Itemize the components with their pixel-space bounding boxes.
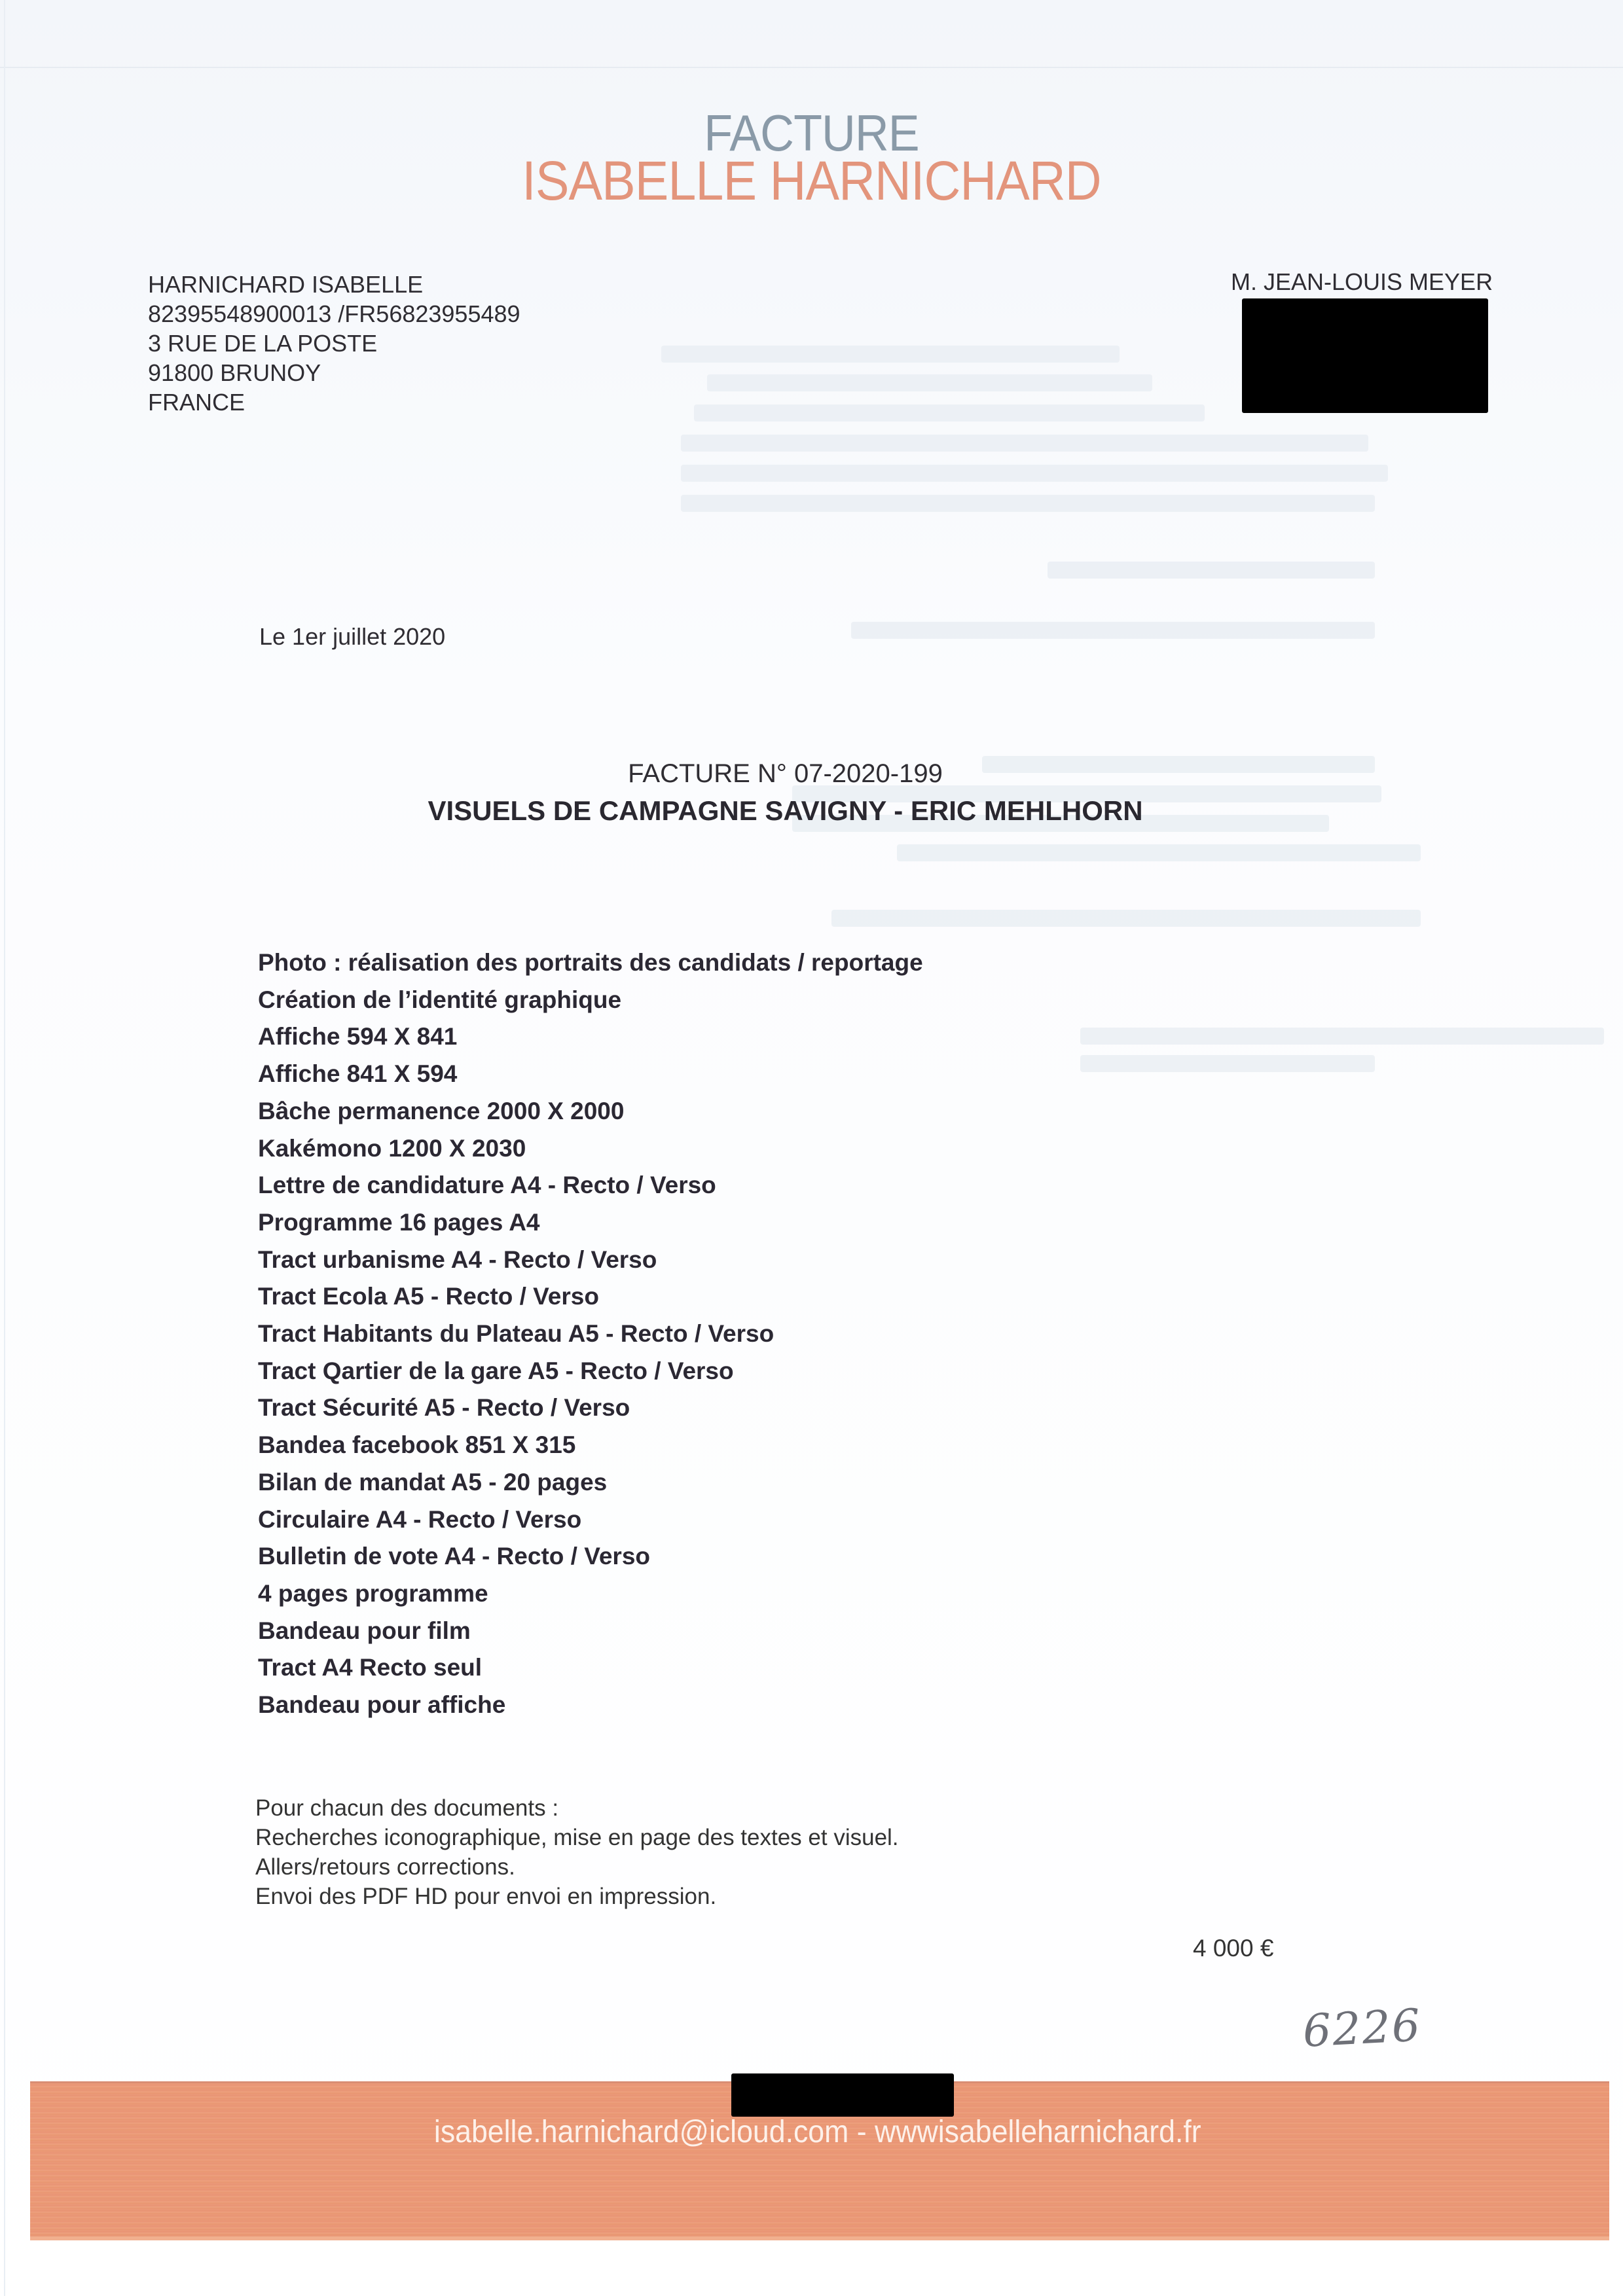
list-item: Bilan de mandat A5 - 20 pages — [258, 1464, 923, 1501]
list-item: Bandeau pour affiche — [258, 1687, 923, 1724]
list-item: Bandea facebook 851 X 315 — [258, 1427, 923, 1464]
redacted-recipient-address — [1242, 298, 1488, 413]
list-item: Tract A4 Recto seul — [258, 1649, 923, 1687]
recipient-name: M. JEAN-LOUIS MEYER — [1231, 268, 1493, 296]
list-item: Lettre de candidature A4 - Recto / Verso — [258, 1167, 923, 1204]
invoice-number-text: FACTURE N° 07-2020-199 — [628, 759, 943, 788]
list-item: Kakémono 1200 X 2030 — [258, 1130, 923, 1168]
sender-siret-vat: 82395548900013 /FR56823955489 — [148, 299, 520, 329]
list-item: Tract Habitants du Plateau A5 - Recto / … — [258, 1316, 923, 1353]
list-item: Tract urbanisme A4 - Recto / Verso — [258, 1242, 923, 1279]
list-item: Affiche 594 X 841 — [258, 1018, 923, 1056]
notes-line: Envoi des PDF HD pour envoi en impressio… — [255, 1882, 899, 1911]
list-item: Bulletin de vote A4 - Recto / Verso — [258, 1538, 923, 1575]
notes-intro: Pour chacun des documents : — [255, 1793, 899, 1823]
invoice-total: 4 000 € — [1193, 1935, 1273, 1962]
issuer-name-title: ISABELLE HARNICHARD — [65, 149, 1558, 213]
sender-name: HARNICHARD ISABELLE — [148, 270, 520, 299]
sender-address-block: HARNICHARD ISABELLE 82395548900013 /FR56… — [148, 270, 520, 417]
list-item: 4 pages programme — [258, 1575, 923, 1613]
scan-fold-line — [0, 67, 1623, 68]
list-item: Bandeau pour film — [258, 1613, 923, 1650]
sender-city: 91800 BRUNOY — [148, 358, 520, 387]
invoice-subject-text: VISUELS DE CAMPAGNE SAVIGNY - ERIC MEHLH… — [428, 795, 1142, 826]
invoice-page: FACTURE ISABELLE HARNICHARD HARNICHARD I… — [0, 0, 1623, 2296]
list-item: Circulaire A4 - Recto / Verso — [258, 1501, 923, 1539]
list-item: Bâche permanence 2000 X 2000 — [258, 1093, 923, 1130]
invoice-number: FACTURE N° 07-2020-199 — [0, 759, 1623, 789]
sender-country: FRANCE — [148, 387, 520, 417]
notes-line: Allers/retours corrections. — [255, 1852, 899, 1882]
notes-line: Recherches iconographique, mise en page … — [255, 1823, 899, 1852]
redacted-footer-info — [731, 2073, 954, 2117]
scan-edge-line — [4, 0, 5, 2296]
list-item: Photo : réalisation des portraits des ca… — [258, 944, 923, 982]
service-notes: Pour chacun des documents : Recherches i… — [255, 1793, 899, 1911]
list-item: Tract Ecola A5 - Recto / Verso — [258, 1278, 923, 1316]
footer-contact: isabelle.harnichard@icloud.com - wwwisab… — [57, 2114, 1566, 2150]
list-item: Programme 16 pages A4 — [258, 1204, 923, 1242]
list-item: Création de l’identité graphique — [258, 982, 923, 1019]
sender-street: 3 RUE DE LA POSTE — [148, 329, 520, 358]
footer-contact-text: isabelle.harnichard@icloud.com - wwwisab… — [434, 2115, 1201, 2149]
list-item: Tract Sécurité A5 - Recto / Verso — [258, 1390, 923, 1427]
handwritten-annotation: 6226 — [1302, 2000, 1423, 2057]
list-item: Tract Qartier de la gare A5 - Recto / Ve… — [258, 1353, 923, 1390]
invoice-subject: VISUELS DE CAMPAGNE SAVIGNY - ERIC MEHLH… — [0, 795, 1623, 827]
list-item: Affiche 841 X 594 — [258, 1056, 923, 1093]
invoice-date: Le 1er juillet 2020 — [259, 623, 445, 651]
invoice-items-list: Photo : réalisation des portraits des ca… — [258, 944, 923, 1724]
